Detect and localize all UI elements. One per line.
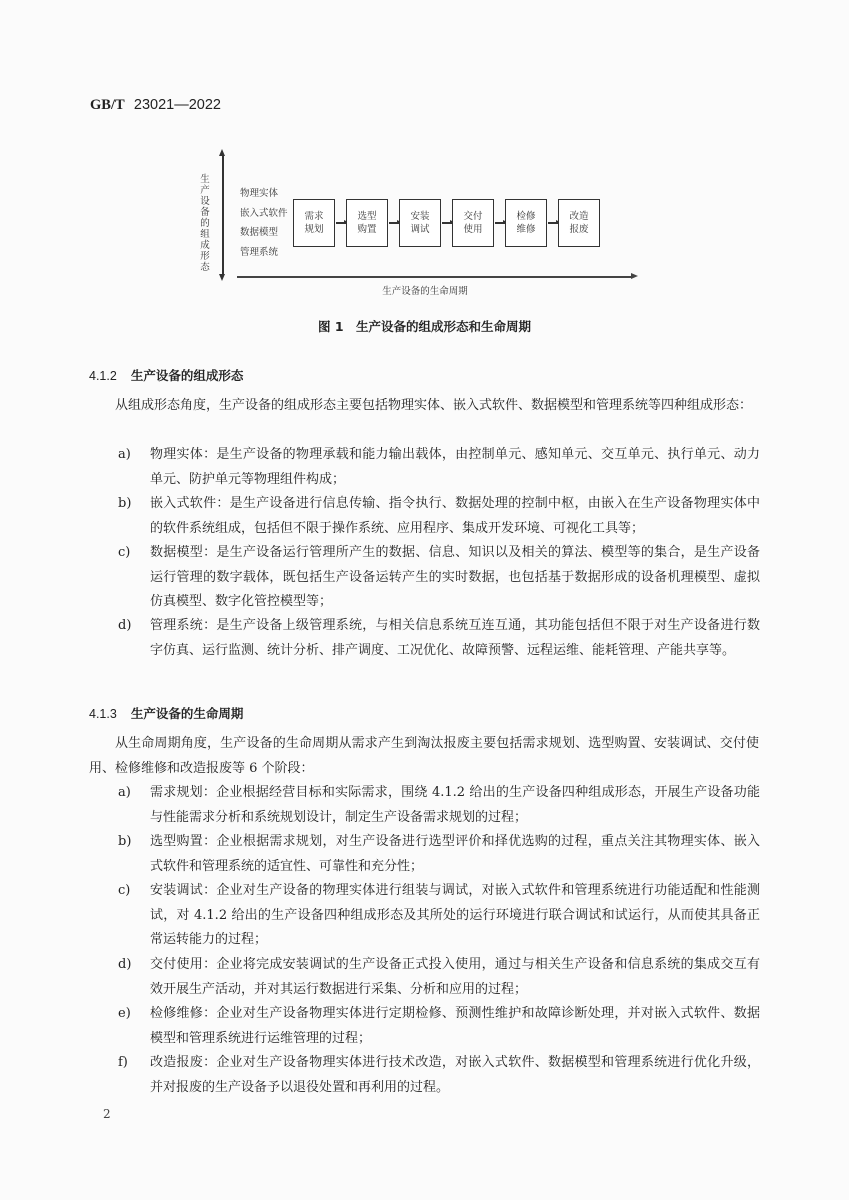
forms-list: 物理实体 嵌入式软件 数据模型 管理系统 [240,184,288,262]
stage-box: 选型购置 [346,199,388,247]
figure-caption: 图 1 生产设备的组成形态和生命周期 [0,317,849,335]
list-item: c)数据模型：是生产设备运行管理所产生的数据、信息、知识以及相关的算法、模型等的… [118,541,760,615]
stage-box: 改造报废 [558,199,600,247]
list-item: c)安装调试：企业对生产设备的物理实体进行组装与调试，对嵌入式软件和管理系统进行… [118,879,760,953]
list-item: d)交付使用：企业将完成安装调试的生产设备正式投入使用，通过与相关生产设备和信息… [118,953,760,1002]
stage-box: 检修维修 [505,199,547,247]
page-number: 2 [103,1107,111,1121]
figure-1-diagram: 生产设备的组成形态 物理实体 嵌入式软件 数据模型 管理系统 需求规划 选型购置… [190,148,640,298]
list-item: d)管理系统：是生产设备上级管理系统，与相关信息系统互连互通，其功能包括但不限于… [118,614,760,663]
list-item: e)检修维修：企业对生产设备物理实体进行定期检修、预测性维护和故障诊断处理，并对… [118,1002,760,1051]
standard-header: GB/T 23021—2022 [90,97,221,114]
list-item: a)物理实体：是生产设备的物理承载和能力输出载体，由控制单元、感知单元、交互单元… [118,443,760,492]
x-axis-label: 生产设备的生命周期 [190,283,640,297]
stage-box: 安装调试 [399,199,441,247]
y-axis-label: 生产设备的组成形态 [198,174,212,273]
list-item: b)嵌入式软件：是生产设备进行信息传输、指令执行、数据处理的控制中枢，由嵌入在生… [118,492,760,541]
list-item: a)需求规划：企业根据经营目标和实际需求，围绕 4.1.2 给出的生产设备四种组… [118,781,760,830]
horizontal-arrow-icon [237,276,632,278]
standard-prefix: GB/T [90,97,125,113]
section-heading-4-1-3: 4.1.3生产设备的生命周期 [89,704,243,722]
form-item: 数据模型 [240,223,288,243]
standard-number: 23021—2022 [134,97,221,113]
section-intro: 从组成形态角度，生产设备的组成形态主要包括物理实体、嵌入式软件、数据模型和管理系… [89,394,759,419]
form-item: 管理系统 [240,243,288,263]
stage-box: 需求规划 [293,199,335,247]
list-item: b)选型购置：企业根据需求规划，对生产设备进行选型评价和择优选购的过程，重点关注… [118,830,760,879]
form-item: 嵌入式软件 [240,204,288,224]
vertical-double-arrow-icon [222,154,224,276]
section-heading-4-1-2: 4.1.2生产设备的组成形态 [89,366,243,384]
list-item: f)改造报废：企业对生产设备物理实体进行技术改造，对嵌入式软件、数据模型和管理系… [118,1051,760,1100]
section-intro: 从生命周期角度，生产设备的生命周期从需求产生到淘汰报废主要包括需求规划、选型购置… [89,732,759,781]
form-item: 物理实体 [240,184,288,204]
stage-box: 交付使用 [452,199,494,247]
